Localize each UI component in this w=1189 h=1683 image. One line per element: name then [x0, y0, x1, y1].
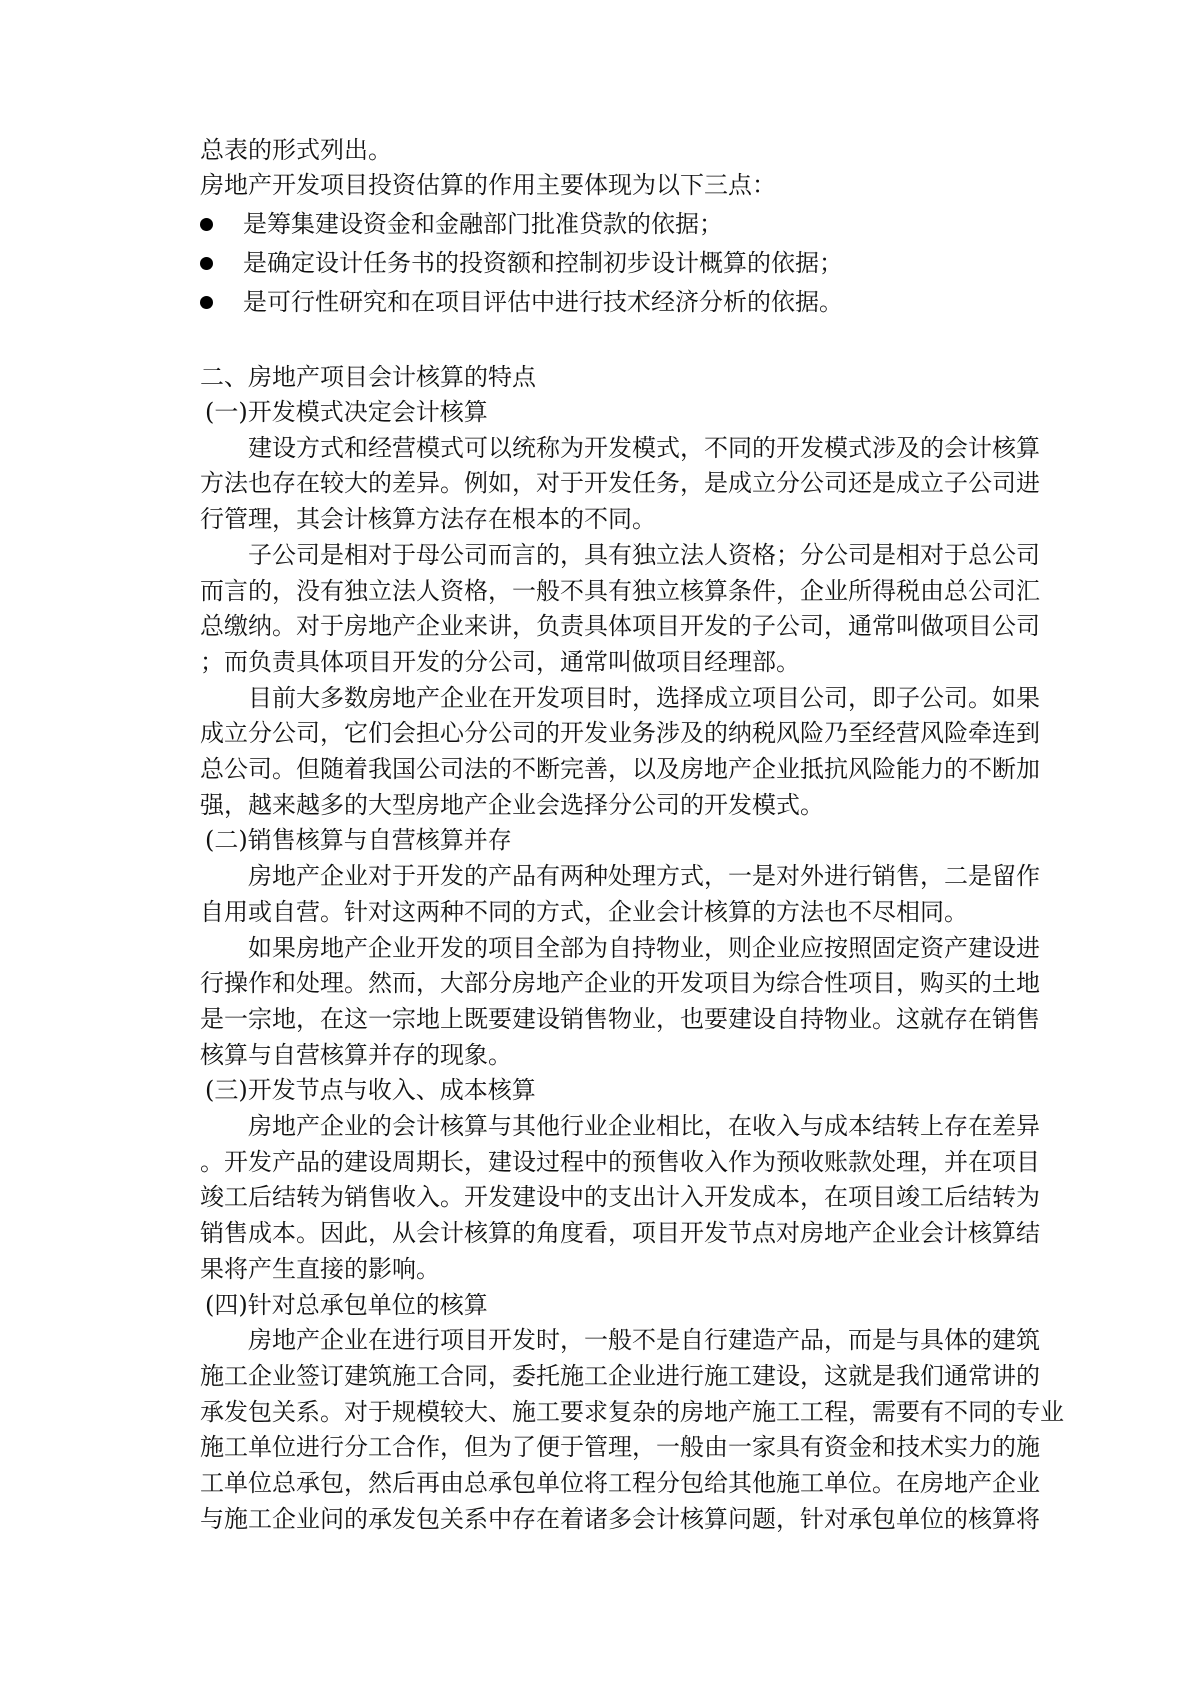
section-body: (一)开发模式决定会计核算 建设方式和经营模式可以统称为开发模式，不同的开发模式… — [200, 395, 1041, 1538]
intro-line-2: 房地产开发项目投资估算的作用主要体现为以下三点： — [200, 168, 1041, 203]
paragraph-line: 方法也存在较大的差异。例如，对于开发任务，是成立分公司还是成立子公司进 — [200, 466, 1041, 502]
paragraph-line: 目前大多数房地产企业在开发项目时，选择成立项目公司，即子公司。如果 — [200, 681, 1041, 717]
paragraph-line: 与施工企业问的承发包关系中存在着诸多会计核算问题，针对承包单位的核算将 — [200, 1502, 1041, 1538]
paragraph-line: 自用或自营。针对这两种不同的方式，企业会计核算的方法也不尽相同。 — [200, 895, 1041, 931]
paragraph: 如果房地产企业开发的项目全部为自持物业，则企业应按照固定资产建设进 行操作和处理… — [200, 931, 1041, 1074]
bullet-dot-icon — [200, 257, 213, 270]
paragraph: 房地产企业在进行项目开发时，一般不是自行建造产品，而是与具体的建筑 施工企业签订… — [200, 1323, 1041, 1537]
subsection-heading-4: (四)针对总承包单位的核算 — [200, 1288, 1041, 1324]
paragraph-line: 施工单位进行分工合作，但为了便于管理，一般由一家具有资金和技术实力的施 — [200, 1430, 1041, 1466]
paragraph-line: 是一宗地，在这一宗地上既要建设销售物业，也要建设自持物业。这就存在销售 — [200, 1002, 1041, 1038]
intro-line-1: 总表的形式列出。 — [200, 133, 1041, 168]
section-title: 二、房地产项目会计核算的特点 — [200, 360, 1041, 395]
paragraph-line: 总公司。但随着我国公司法的不断完善，以及房地产企业抵抗风险能力的不断加 — [200, 752, 1041, 788]
bullet-text: 是可行性研究和在项目评估中进行技术经济分析的依据。 — [243, 288, 843, 316]
paragraph-line: 承发包关系。对于规模较大、施工要求复杂的房地产施工工程，需要有不同的专业 — [200, 1395, 1041, 1431]
paragraph-line: 而言的，没有独立法人资格，一般不具有独立核算条件，企业所得税由总公司汇 — [200, 574, 1041, 610]
bullet-text: 是筹集建设资金和金融部门批准贷款的依据； — [243, 210, 723, 238]
paragraph-line: 。开发产品的建设周期长，建设过程中的预售收入作为预收账款处理，并在项目 — [200, 1145, 1041, 1181]
paragraph: 目前大多数房地产企业在开发项目时，选择成立项目公司，即子公司。如果 成立分公司，… — [200, 681, 1041, 824]
paragraph-line: 行操作和处理。然而，大部分房地产企业的开发项目为综合性项目，购买的土地 — [200, 966, 1041, 1002]
paragraph-line: 房地产企业的会计核算与其他行业企业相比，在收入与成本结转上存在差异 — [200, 1109, 1041, 1145]
paragraph-line: 建设方式和经营模式可以统称为开发模式，不同的开发模式涉及的会计核算 — [200, 431, 1041, 467]
paragraph-line: 总缴纳。对于房地产企业来讲，负责具体项目开发的子公司，通常叫做项目公司 — [200, 609, 1041, 645]
subsection-heading-2: (二)销售核算与自营核算并存 — [200, 823, 1041, 859]
paragraph-line: ；而负责具体项目开发的分公司，通常叫做项目经理部。 — [200, 645, 1041, 681]
document-page: 总表的形式列出。 房地产开发项目投资估算的作用主要体现为以下三点： 是筹集建设资… — [0, 0, 1189, 1683]
paragraph: 子公司是相对于母公司而言的，具有独立法人资格；分公司是相对于总公司 而言的，没有… — [200, 538, 1041, 681]
paragraph-line: 竣工后结转为销售收入。开发建设中的支出计入开发成本，在项目竣工后结转为 — [200, 1180, 1041, 1216]
paragraph-line: 核算与自营核算并存的现象。 — [200, 1038, 1041, 1074]
bullet-item: 是确定设计任务书的投资额和控制初步设计概算的依据； — [200, 246, 1041, 281]
paragraph: 房地产企业对于开发的产品有两种处理方式，一是对外进行销售，二是留作 自用或自营。… — [200, 859, 1041, 930]
paragraph-line: 强，越来越多的大型房地产企业会选择分公司的开发模式。 — [200, 788, 1041, 824]
paragraph-line: 工单位总承包，然后再由总承包单位将工程分包给其他施工单位。在房地产企业 — [200, 1466, 1041, 1502]
paragraph-line: 成立分公司，它们会担心分公司的开发业务涉及的纳税风险乃至经营风险牵连到 — [200, 716, 1041, 752]
document-content: 总表的形式列出。 房地产开发项目投资估算的作用主要体现为以下三点： 是筹集建设资… — [200, 133, 1041, 1538]
paragraph: 建设方式和经营模式可以统称为开发模式，不同的开发模式涉及的会计核算 方法也存在较… — [200, 431, 1041, 538]
subsection-heading-3: (三)开发节点与收入、成本核算 — [200, 1073, 1041, 1109]
paragraph-line: 子公司是相对于母公司而言的，具有独立法人资格；分公司是相对于总公司 — [200, 538, 1041, 574]
paragraph-line: 销售成本。因此，从会计核算的角度看，项目开发节点对房地产企业会计核算结 — [200, 1216, 1041, 1252]
paragraph: 房地产企业的会计核算与其他行业企业相比，在收入与成本结转上存在差异 。开发产品的… — [200, 1109, 1041, 1288]
subsection-heading-1: (一)开发模式决定会计核算 — [200, 395, 1041, 431]
bullet-item: 是筹集建设资金和金融部门批准贷款的依据； — [200, 207, 1041, 242]
paragraph-line: 如果房地产企业开发的项目全部为自持物业，则企业应按照固定资产建设进 — [200, 931, 1041, 967]
bullet-dot-icon — [200, 296, 213, 309]
bullet-item: 是可行性研究和在项目评估中进行技术经济分析的依据。 — [200, 285, 1041, 320]
bullet-text: 是确定设计任务书的投资额和控制初步设计概算的依据； — [243, 249, 843, 277]
paragraph-line: 施工企业签订建筑施工合同，委托施工企业进行施工建设，这就是我们通常讲的 — [200, 1359, 1041, 1395]
paragraph-line: 行管理，其会计核算方法存在根本的不同。 — [200, 502, 1041, 538]
paragraph-line: 房地产企业对于开发的产品有两种处理方式，一是对外进行销售，二是留作 — [200, 859, 1041, 895]
bullet-list: 是筹集建设资金和金融部门批准贷款的依据； 是确定设计任务书的投资额和控制初步设计… — [200, 207, 1041, 320]
paragraph-line: 房地产企业在进行项目开发时，一般不是自行建造产品，而是与具体的建筑 — [200, 1323, 1041, 1359]
bullet-dot-icon — [200, 218, 213, 231]
paragraph-line: 果将产生直接的影响。 — [200, 1252, 1041, 1288]
